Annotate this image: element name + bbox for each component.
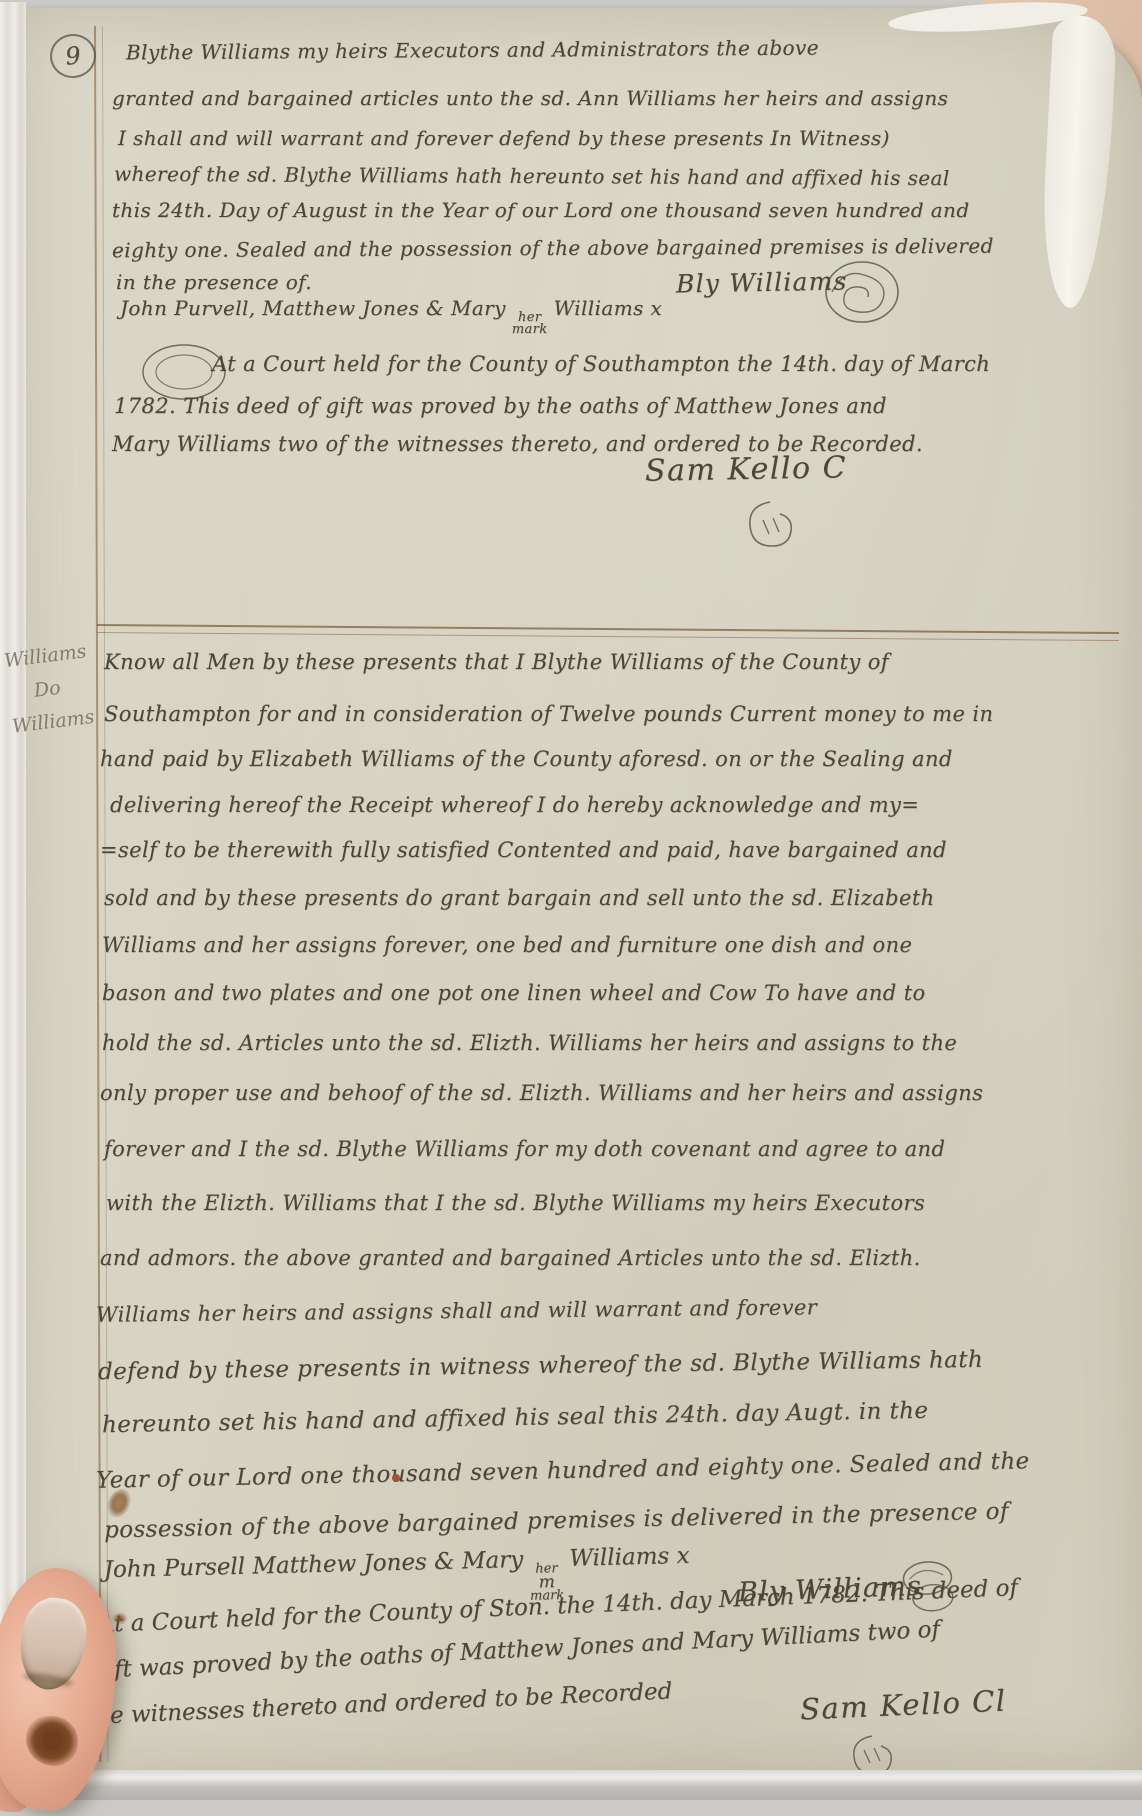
entry-line: hand paid by Elizabeth Williams of the C… <box>100 747 953 771</box>
court-line: At a Court held for the County of Southa… <box>212 352 990 376</box>
witness-names: John Purvell, Matthew Jones & Mary <box>120 296 506 320</box>
court-line: 1782. This deed of gift was proved by th… <box>114 394 887 418</box>
entry-line: bason and two plates and one pot one lin… <box>102 981 926 1005</box>
entry-line: hold the sd. Articles unto the sd. Elizt… <box>102 1031 957 1055</box>
entry-line: and admors. the above granted and bargai… <box>100 1246 921 1270</box>
witness-post: Williams x <box>554 296 663 320</box>
witness-post: Williams x <box>569 1543 690 1572</box>
entry-line: =self to be therewith fully satisfied Co… <box>100 838 947 862</box>
entry-line: whereof the sd. Blythe Williams hath her… <box>114 162 950 190</box>
entry-line: Blythe Williams my heirs Executors and A… <box>126 36 819 65</box>
margin-note: Williams Do Williams <box>2 635 96 743</box>
entry-line: forever and I the sd. Blythe Williams fo… <box>104 1137 945 1161</box>
entry-line: granted and bargained articles unto the … <box>112 86 948 110</box>
entry-line: Southampton for and in consideration of … <box>104 702 993 726</box>
entry-line: I shall and will warrant and forever def… <box>118 126 890 150</box>
entry-line: only proper use and behoof of the sd. El… <box>100 1081 983 1105</box>
table-edge <box>0 1770 1142 1800</box>
entry-line: eighty one. Sealed and the possession of… <box>112 234 994 263</box>
entry-line: this 24th. Day of August in the Year of … <box>112 198 970 222</box>
entry-line: Williams and her assigns forever, one be… <box>102 933 912 957</box>
her-mark-stack: hermark <box>512 312 548 336</box>
entry-line: in the presence of. <box>116 270 312 294</box>
mark-bottom: mark <box>512 324 548 336</box>
entry-line: Know all Men by these presents that I Bl… <box>104 650 889 674</box>
page-stack-edge-left <box>0 2 26 1657</box>
entry-line: with the Elizth. Williams that I the sd.… <box>106 1191 925 1215</box>
entry-line: sold and by these presents do grant barg… <box>104 886 935 910</box>
ink-stain <box>392 1474 400 1482</box>
clerk-flourish <box>738 498 800 556</box>
signature-bly-williams: Bly Williams <box>676 267 848 299</box>
entry-line: delivering hereof the Receipt whereof I … <box>110 793 919 817</box>
clerk-signature: Sam Kello C <box>645 450 848 489</box>
witness-line: John Purvell, Matthew Jones & Maryhermar… <box>120 296 662 336</box>
